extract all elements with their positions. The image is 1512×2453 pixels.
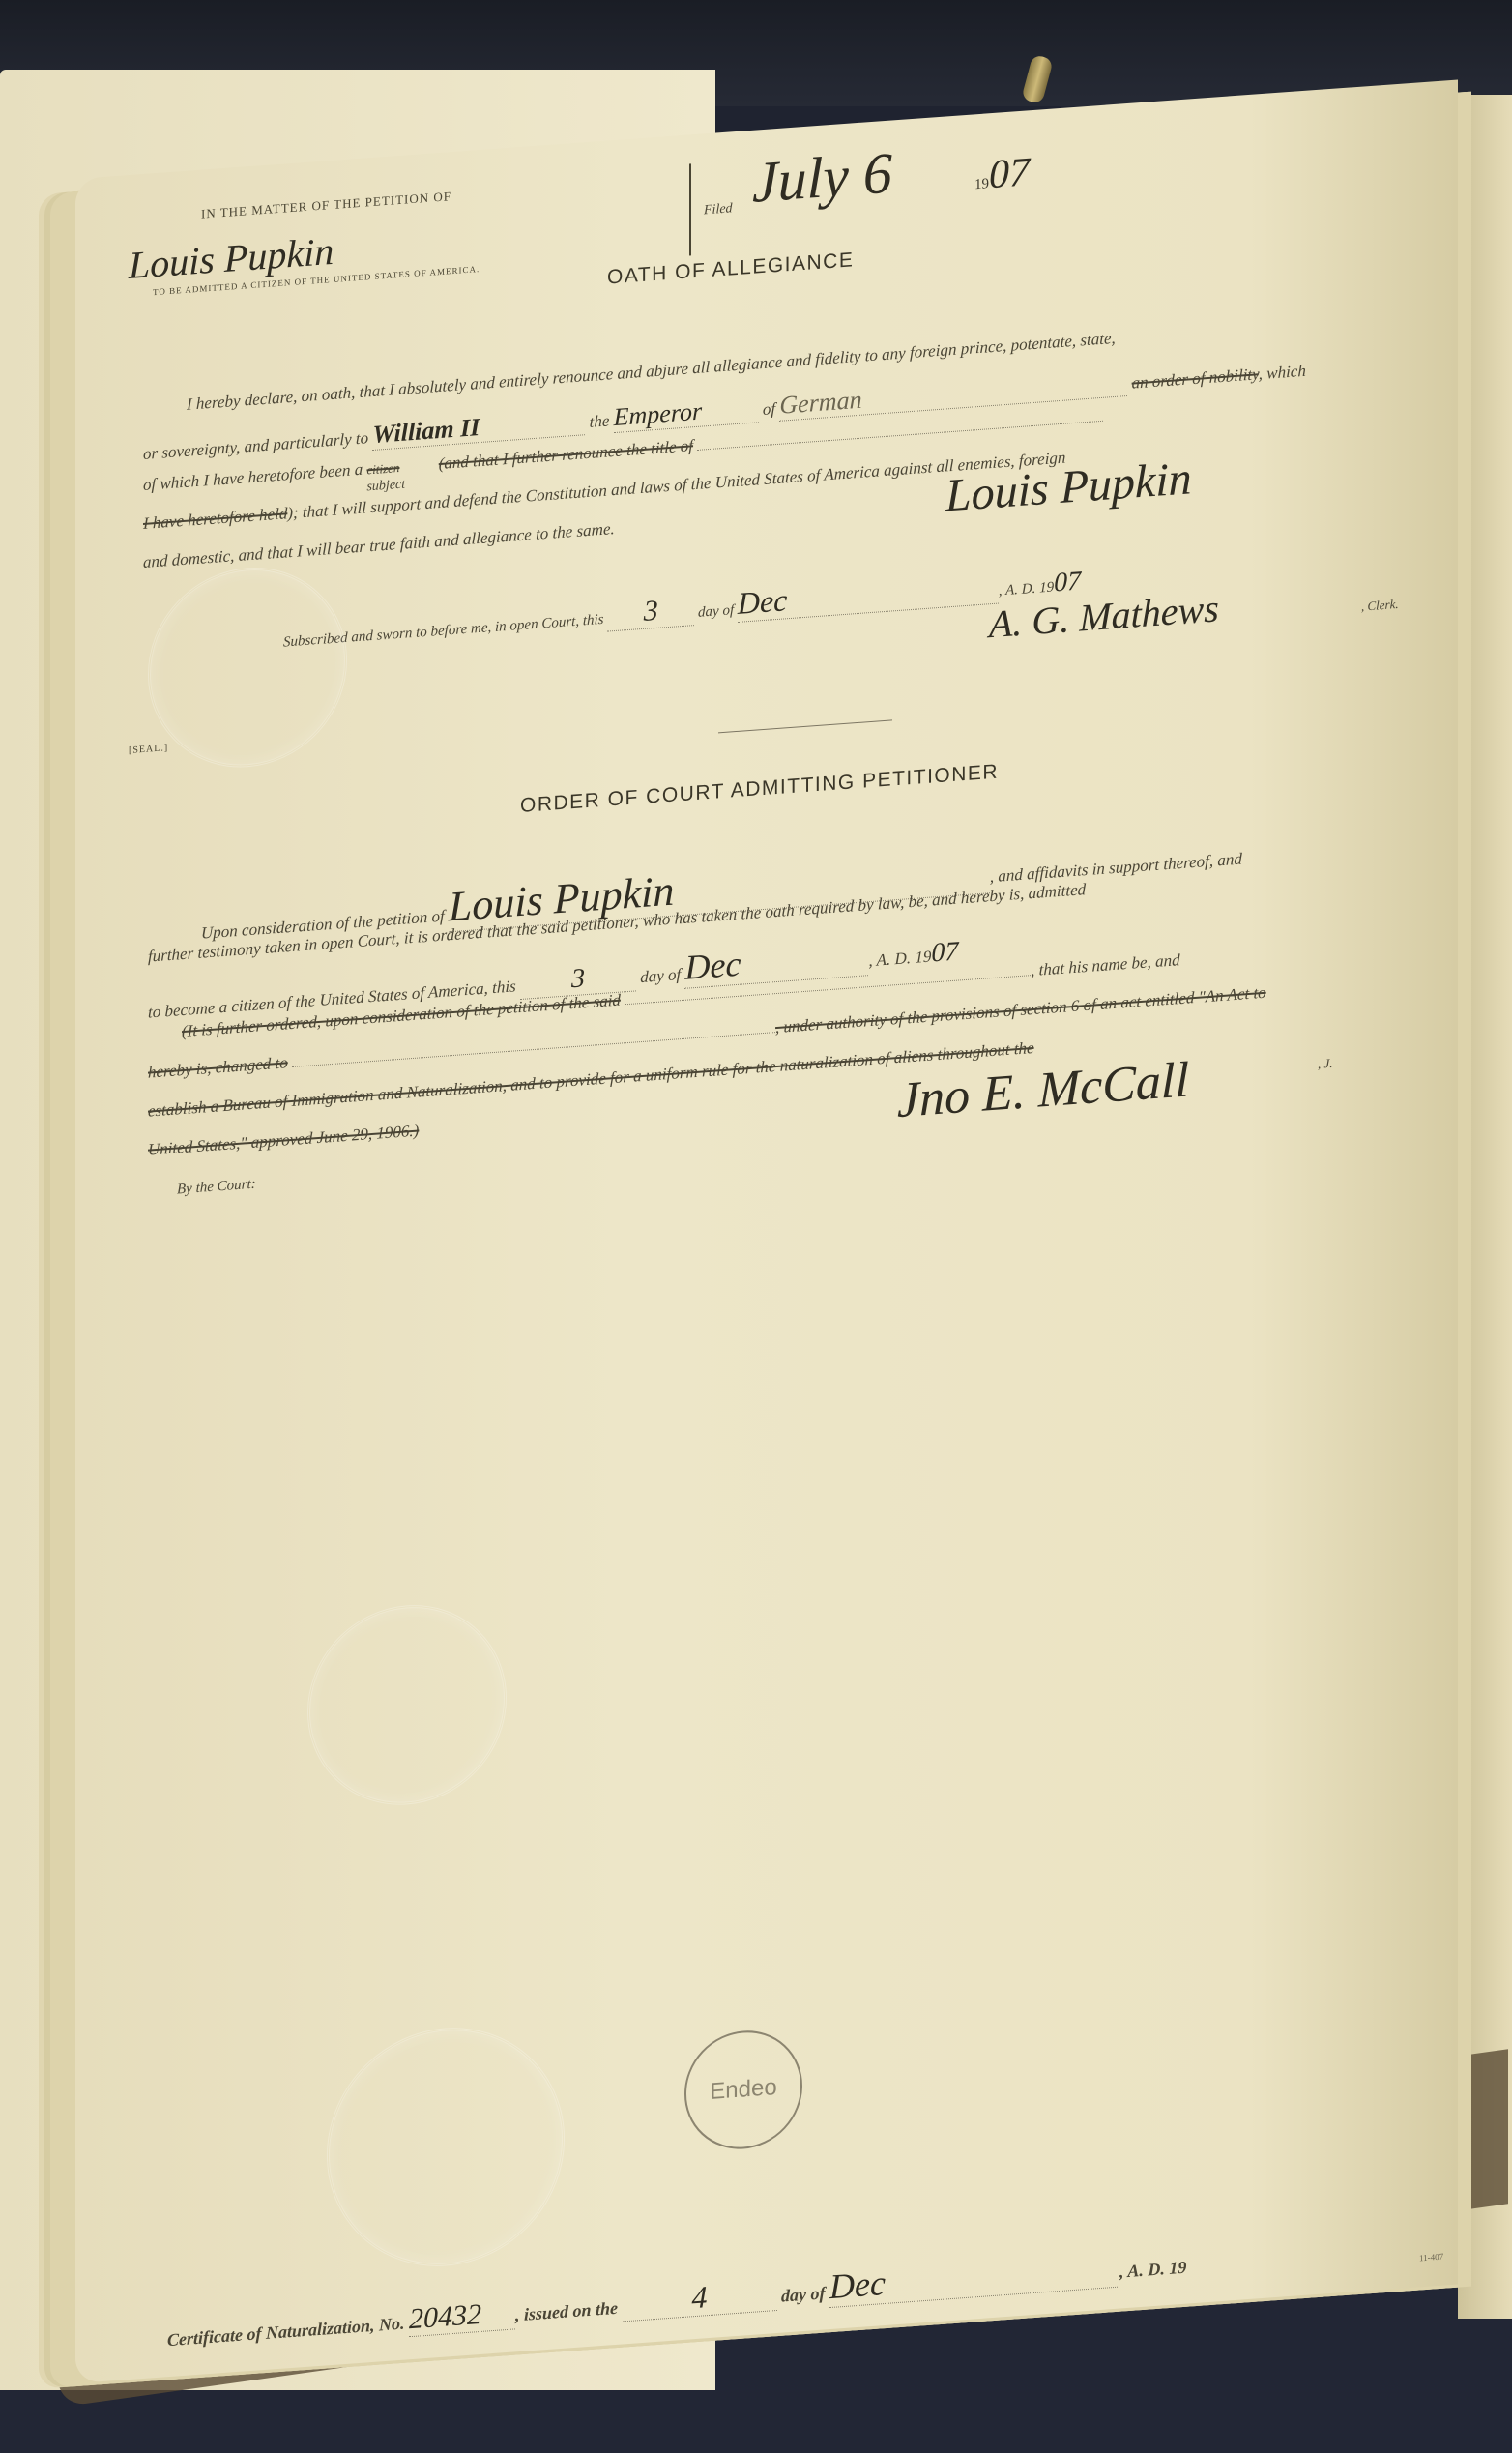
sovereign-name: William II: [372, 405, 585, 451]
filed-year-suffix: 07: [989, 150, 1030, 197]
struck-citizen: citizen: [366, 460, 399, 478]
certificate-label: Certificate of Naturalization, No.: [167, 2314, 405, 2351]
seal-label: [SEAL.]: [129, 743, 168, 756]
order-day-of: day of: [640, 965, 681, 986]
order-year-suffix: 07: [931, 937, 958, 969]
section-divider: [718, 719, 892, 733]
sworn-line: Subscribed and sworn to before me, in op…: [283, 561, 1081, 655]
order-title: ORDER OF COURT ADMITTING PETITIONER: [520, 761, 999, 818]
citizen-subject-correction: citizen subject: [366, 469, 434, 474]
sworn-year-suffix: 07: [1054, 566, 1081, 598]
struck-heretofore-held: I have heretofore held: [143, 504, 287, 533]
oath-line-2-which: , which: [1259, 362, 1306, 384]
embossed-seal-middle: [307, 1598, 507, 1812]
naturalization-record-page: IN THE MATTER OF THE PETITION OF Louis P…: [75, 79, 1458, 2383]
issued-day: 4: [623, 2274, 777, 2322]
title-blank: [697, 421, 1103, 451]
filed-year-prefix: 19: [974, 176, 989, 192]
embossed-seal-top: [148, 561, 347, 774]
struck-order-line-7: United States," approved June 29, 1906.): [148, 1122, 419, 1160]
struck-order-of-nobility: an order of nobility: [1132, 365, 1259, 392]
order-line-1-tail: , and affidavits in support thereof, and: [990, 849, 1242, 886]
filed-date: July 6: [752, 139, 892, 216]
filed-year: 1907: [974, 149, 1030, 199]
embossed-seal-bottom: [327, 2020, 565, 2275]
sworn-ad-label: , A. D. 19: [999, 579, 1054, 599]
sworn-month: Dec: [738, 568, 999, 623]
by-the-court: By the Court:: [177, 1177, 256, 1199]
issued-day-of: day of: [781, 2283, 825, 2305]
sworn-day-of: day of: [698, 602, 734, 621]
judge-label: , J.: [1318, 1056, 1333, 1072]
oath-line-2-of: of: [763, 399, 775, 419]
endeo-stamp: Endeo: [684, 2027, 802, 2153]
oath-line-2-the: the: [590, 411, 610, 430]
issued-month: Dec: [829, 2246, 1119, 2309]
oath-line-2-text: or sovereignty, and particularly to: [143, 428, 368, 463]
issued-label: , issued on the: [515, 2298, 618, 2325]
sovereign-title: Emperor: [614, 393, 759, 433]
subject-word: subject: [366, 478, 405, 496]
petition-caption: IN THE MATTER OF THE PETITION OF: [201, 189, 451, 222]
header-bracket: [689, 163, 691, 255]
order-ad-label: , A. D. 19: [868, 948, 931, 971]
clerk-label: , Clerk.: [1361, 597, 1399, 615]
filed-label: Filed: [704, 201, 733, 219]
oath-title: OATH OF ALLEGIANCE: [607, 248, 854, 289]
sworn-day: 3: [607, 592, 694, 631]
issued-ad-label: , A. D. 19: [1119, 2258, 1186, 2282]
oath-line-3-text: of which I have heretofore been a: [143, 460, 363, 494]
certificate-number: 20432: [409, 2295, 515, 2337]
struck-name-change-1b: , that his name be, and: [1031, 950, 1179, 979]
form-number-mark: 11-407: [1419, 2252, 1443, 2263]
struck-changed-to: hereby is, changed to: [148, 1053, 288, 1081]
